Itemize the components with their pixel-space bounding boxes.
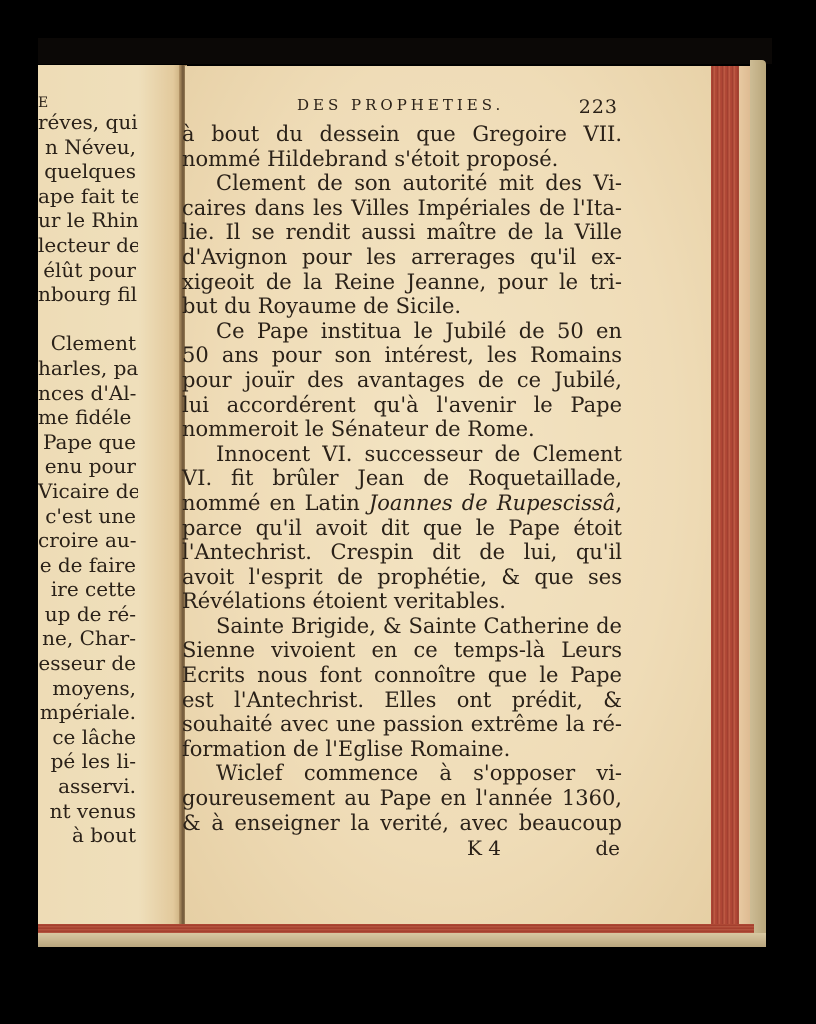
left-page-line: nbourg fils bbox=[38, 282, 138, 307]
page-number: 223 bbox=[579, 96, 618, 118]
left-page-text: E réves, quin Néveu,quelquesape fait te-… bbox=[38, 96, 138, 876]
left-page-line: esseur de bbox=[38, 651, 138, 676]
text-line: but du Royaume de Sicile. bbox=[182, 294, 622, 319]
left-page-line: à bout bbox=[38, 823, 138, 848]
text-line: caires dans les Villes Impériales de l'I… bbox=[182, 196, 622, 221]
left-page-line: Vicaire de bbox=[38, 479, 138, 504]
left-page-line: harles, par bbox=[38, 356, 138, 381]
text-line: VI. fit brûler Jean de Roquetaillade, bbox=[182, 466, 622, 491]
left-page-line: moyens, bbox=[38, 676, 138, 701]
text-line: 50 ans pour son intérest, les Romains bbox=[182, 343, 622, 368]
left-page-line: Pape que bbox=[38, 430, 138, 455]
text-line: d'Avignon pour les arrerages qu'il ex- bbox=[182, 245, 622, 270]
italic-latin-name: Joannes de Rupescissâ bbox=[369, 491, 615, 515]
text-line: formation de l'Eglise Romaine. bbox=[182, 737, 622, 762]
left-page-line: c'est une bbox=[38, 504, 138, 529]
left-page-line: mpériale. bbox=[38, 700, 138, 725]
text-line: goureusement au Pape en l'année 1360, bbox=[182, 786, 622, 811]
text-line: Ecrits nous font connoître que le Pape bbox=[182, 663, 622, 688]
left-page-line: asservi. bbox=[38, 774, 138, 799]
text-line: Innocent VI. successeur de Clement bbox=[182, 442, 622, 467]
left-running-head-fragment: E bbox=[38, 96, 138, 110]
left-page-line: croire au- bbox=[38, 528, 138, 553]
running-head: DES PROPHETIES. 223 bbox=[182, 96, 622, 122]
text-line: parce qu'il avoit dit que le Pape étoit bbox=[182, 516, 622, 541]
text-line: Sienne vivoient en ce temps-là Leurs bbox=[182, 638, 622, 663]
text-line: Sainte Brigide, & Sainte Catherine de bbox=[182, 614, 622, 639]
left-page-line: ce lâche bbox=[38, 725, 138, 750]
left-page-line: n Néveu, bbox=[38, 135, 138, 160]
bottom-cover bbox=[38, 933, 766, 947]
left-page-line: up de ré- bbox=[38, 602, 138, 627]
text-line: à bout du dessein que Gregoire VII. bbox=[182, 122, 622, 147]
left-page-line: pé les li- bbox=[38, 749, 138, 774]
left-page-line: ne, Char- bbox=[38, 626, 138, 651]
cover-edge bbox=[750, 60, 766, 944]
text-line: Révélations étoient veritables. bbox=[182, 589, 622, 614]
right-page-text: DES PROPHETIES. 223 à bout du dessein qu… bbox=[182, 96, 622, 861]
left-page-line: ape fait te- bbox=[38, 184, 138, 209]
signature-mark: K 4 bbox=[467, 835, 501, 861]
running-head-title: DES PROPHETIES. bbox=[297, 96, 504, 114]
left-page-line: me fidéle à bbox=[38, 405, 138, 430]
text-line: l'Antechrist. Crespin dit de lui, qu'il bbox=[182, 540, 622, 565]
right-page-body: à bout du dessein que Gregoire VII.nommé… bbox=[182, 122, 622, 835]
left-page-line: nces d'Al- bbox=[38, 381, 138, 406]
left-page-line: e de faire bbox=[38, 553, 138, 578]
text-line: souhaité avec une passion extrême la ré- bbox=[182, 712, 622, 737]
page-footer: K 4 de bbox=[182, 835, 622, 861]
text-line: nommé en Latin Joannes de Rupescissâ, bbox=[182, 491, 622, 516]
text-line: nommé Hildebrand s'étoit proposé. bbox=[182, 147, 622, 172]
left-page-line bbox=[38, 307, 138, 332]
left-page-line: enu pour bbox=[38, 454, 138, 479]
text-line: lui accordérent qu'à l'avenir le Pape bbox=[182, 393, 622, 418]
text-line: Clement de son autorité mit des Vi- bbox=[182, 171, 622, 196]
text-line: lie. Il se rendit aussi maître de la Vil… bbox=[182, 220, 622, 245]
left-page-line: ur le Rhin, bbox=[38, 208, 138, 233]
left-page-line: ire cette bbox=[38, 577, 138, 602]
text-line: nommeroit le Sénateur de Rome. bbox=[182, 417, 622, 442]
left-page-line: réves, qui bbox=[38, 110, 138, 135]
left-page-line: nt venus bbox=[38, 799, 138, 824]
text-line: Ce Pape institua le Jubilé de 50 en bbox=[182, 319, 622, 344]
text-line: avoit l'esprit de prophétie, & que ses bbox=[182, 565, 622, 590]
left-page-line: quelques bbox=[38, 159, 138, 184]
book-top-board bbox=[38, 38, 772, 64]
text-line: Wiclef commence à s'opposer vi- bbox=[182, 761, 622, 786]
left-page-line: Clement bbox=[38, 331, 138, 356]
text-line: & à enseigner la verité, avec beaucoup bbox=[182, 811, 622, 836]
text-line: xigeoit de la Reine Jeanne, pour le tri- bbox=[182, 270, 622, 295]
left-page-lines: réves, quin Néveu,quelquesape fait te-ur… bbox=[38, 110, 138, 848]
red-fore-edge bbox=[711, 66, 741, 928]
text-line: pour jouïr des avantages de ce Jubilé, bbox=[182, 368, 622, 393]
left-page-line: lecteur de bbox=[38, 233, 138, 258]
left-page-line: élût pour bbox=[38, 258, 138, 283]
catchword: de bbox=[595, 835, 620, 861]
text-line: est l'Antechrist. Elles ont prédit, & bbox=[182, 688, 622, 713]
